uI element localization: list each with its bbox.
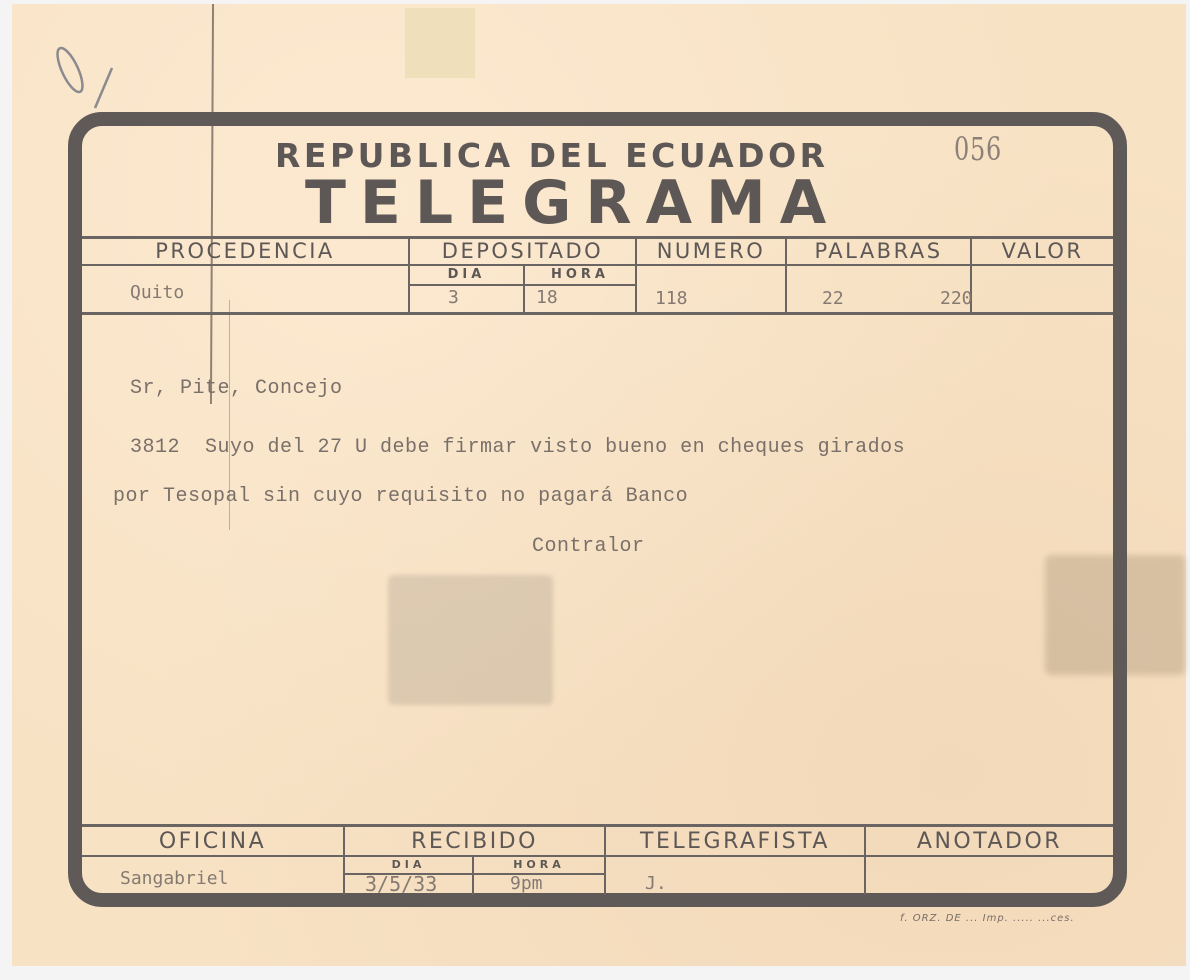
depositado-dia-value: 3 bbox=[448, 287, 459, 308]
message-addressee: Sr, Pite, Concejo bbox=[130, 377, 343, 400]
procedencia-value: Quito bbox=[130, 282, 184, 303]
recibido-hora-value: 9pm bbox=[510, 873, 543, 894]
numero-value: 118 bbox=[655, 288, 688, 309]
depositado-dia-header: DIA bbox=[410, 267, 523, 282]
message-signature: Contralor bbox=[532, 535, 645, 558]
bottom-table-header-line bbox=[82, 855, 1113, 857]
depositado-hora-header: HORA bbox=[525, 267, 635, 282]
serial-number: 056 bbox=[954, 130, 1002, 168]
valor-header: VALOR bbox=[972, 239, 1113, 263]
valor-value: 220 bbox=[940, 288, 973, 309]
message-line-1: 3812 Suyo del 27 U debe firmar visto bue… bbox=[130, 436, 905, 459]
oficina-value: Sangabriel bbox=[120, 868, 228, 889]
depositado-header: DEPOSITADO bbox=[410, 239, 635, 263]
anotador-header: ANOTADOR bbox=[866, 829, 1113, 854]
recibido-dia-value: 3/5/33 bbox=[365, 872, 437, 896]
recibido-dia-header: DIA bbox=[345, 858, 472, 871]
procedencia-header: PROCEDENCIA bbox=[82, 239, 408, 263]
recibido-hora-header: HORA bbox=[474, 858, 604, 871]
telegrafista-header: TELEGRAFISTA bbox=[606, 829, 864, 854]
oficina-header: OFICINA bbox=[82, 829, 343, 854]
message-line-2: por Tesopal sin cuyo requisito no pagará… bbox=[113, 485, 688, 508]
palabras-header: PALABRAS bbox=[787, 239, 970, 263]
printer-imprint: f. ORZ. DE ... Imp. ..... ...ces. bbox=[900, 913, 1075, 924]
top-table-subheader-line bbox=[408, 284, 636, 286]
tape-residue bbox=[405, 8, 475, 78]
bottom-table-border-top bbox=[82, 824, 1113, 827]
depositado-hora-value: 18 bbox=[536, 287, 558, 308]
numero-header: NUMERO bbox=[637, 239, 785, 263]
top-table-header-line bbox=[82, 264, 1113, 266]
telegrafista-value: J. bbox=[645, 873, 667, 894]
palabras-value: 22 bbox=[822, 288, 844, 309]
form-title: TELEGRAMA bbox=[305, 168, 840, 238]
recibido-header: RECIBIDO bbox=[345, 829, 604, 854]
top-table-border-bottom bbox=[82, 312, 1113, 315]
pencil-mark-icon bbox=[50, 40, 130, 110]
